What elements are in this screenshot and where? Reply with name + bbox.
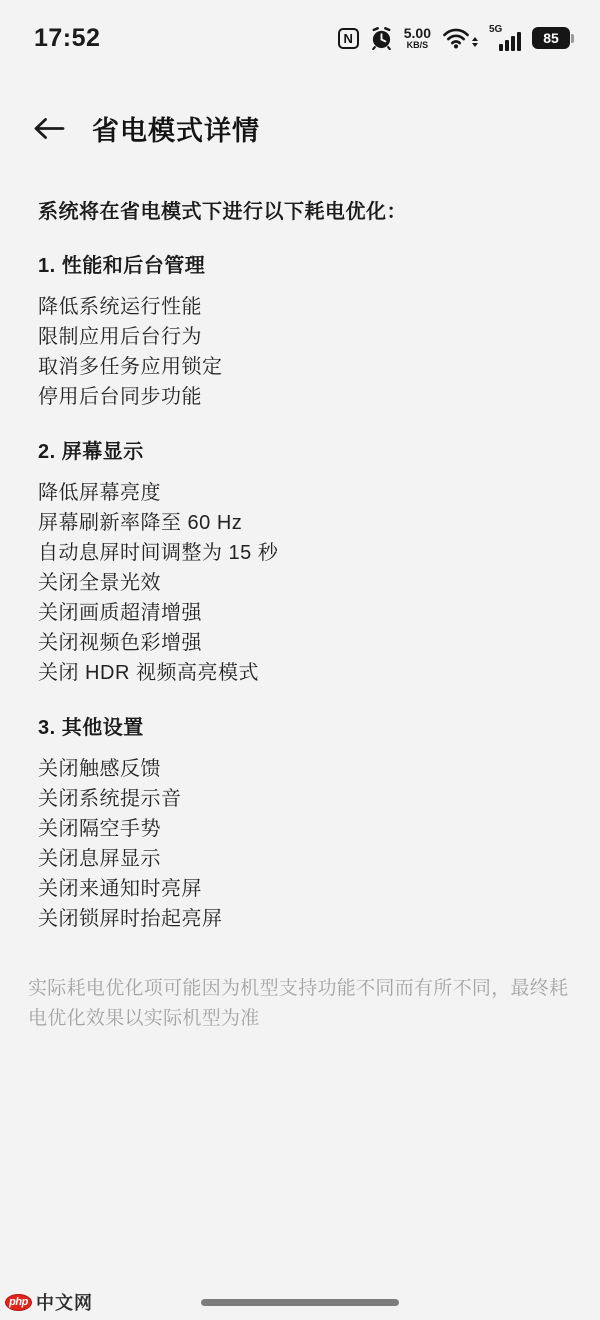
optimization-item: 关闭 HDR 视频高亮模式 — [38, 658, 570, 688]
network-speed-value: 5.00 — [404, 26, 431, 40]
battery-icon: 85 — [532, 27, 570, 49]
power-saving-details-screen: 17:52 N 5.00 KB/S — [0, 0, 600, 1320]
optimization-item: 关闭视频色彩增强 — [38, 628, 570, 658]
network-speed-unit: KB/S — [407, 41, 429, 50]
optimization-item: 关闭触感反馈 — [38, 754, 570, 784]
battery-percent: 85 — [543, 30, 559, 46]
data-traffic-arrows-icon — [472, 37, 478, 47]
app-header: 省电模式详情 — [0, 106, 600, 150]
optimization-item: 关闭来通知时亮屏 — [38, 874, 570, 904]
optimization-item: 关闭锁屏时抬起亮屏 — [38, 904, 570, 934]
optimization-item: 自动息屏时间调整为 15 秒 — [38, 538, 570, 568]
nfc-letter: N — [344, 31, 353, 46]
content-area: 系统将在省电模式下进行以下耗电优化： 1. 性能和后台管理 降低系统运行性能限制… — [0, 198, 600, 1034]
php-logo-badge: php — [5, 1294, 32, 1311]
optimization-item: 关闭系统提示音 — [38, 784, 570, 814]
section-title: 3. 其他设置 — [38, 714, 570, 742]
alarm-clock-icon — [370, 27, 393, 50]
optimization-item: 限制应用后台行为 — [38, 322, 570, 352]
optimization-item: 关闭全景光效 — [38, 568, 570, 598]
optimization-item: 关闭画质超清增强 — [38, 598, 570, 628]
optimization-item: 降低屏幕亮度 — [38, 478, 570, 508]
status-icons: N 5.00 KB/S — [338, 26, 570, 51]
optimization-item: 关闭隔空手势 — [38, 814, 570, 844]
status-bar: 17:52 N 5.00 KB/S — [0, 0, 600, 60]
optimization-section: 2. 屏幕显示 降低屏幕亮度屏幕刷新率降至 60 Hz自动息屏时间调整为 15 … — [38, 438, 570, 688]
optimization-item: 屏幕刷新率降至 60 Hz — [38, 508, 570, 538]
section-title: 2. 屏幕显示 — [38, 438, 570, 466]
optimization-item: 停用后台同步功能 — [38, 382, 570, 412]
optimization-item: 取消多任务应用锁定 — [38, 352, 570, 382]
page-title: 省电模式详情 — [92, 109, 260, 148]
battery-tip — [571, 34, 575, 43]
watermark: php 中文网 — [5, 1289, 93, 1315]
section-items: 降低屏幕亮度屏幕刷新率降至 60 Hz自动息屏时间调整为 15 秒关闭全景光效关… — [38, 478, 570, 688]
back-button[interactable] — [30, 114, 70, 142]
status-time: 17:52 — [34, 24, 100, 53]
optimization-sections: 1. 性能和后台管理 降低系统运行性能限制应用后台行为取消多任务应用锁定停用后台… — [38, 252, 570, 934]
cellular-signal-icon: 5G — [489, 26, 521, 51]
watermark-text: 中文网 — [36, 1289, 93, 1315]
optimization-section: 3. 其他设置 关闭触感反馈关闭系统提示音关闭隔空手势关闭息屏显示关闭来通知时亮… — [38, 714, 570, 934]
disclaimer-text: 实际耗电优化项可能因为机型支持功能不同而有所不同，最终耗电优化效果以实际机型为准 — [28, 974, 584, 1034]
optimization-item: 降低系统运行性能 — [38, 292, 570, 322]
back-arrow-icon — [30, 115, 67, 142]
section-items: 降低系统运行性能限制应用后台行为取消多任务应用锁定停用后台同步功能 — [38, 292, 570, 412]
section-title: 1. 性能和后台管理 — [38, 252, 570, 280]
optimization-section: 1. 性能和后台管理 降低系统运行性能限制应用后台行为取消多任务应用锁定停用后台… — [38, 252, 570, 412]
section-items: 关闭触感反馈关闭系统提示音关闭隔空手势关闭息屏显示关闭来通知时亮屏关闭锁屏时抬起… — [38, 754, 570, 934]
wifi-icon — [442, 27, 478, 49]
nfc-icon: N — [338, 28, 359, 49]
optimization-item: 关闭息屏显示 — [38, 844, 570, 874]
signal-bars — [499, 32, 521, 51]
home-indicator[interactable] — [201, 1299, 399, 1306]
network-speed: 5.00 KB/S — [404, 26, 431, 50]
intro-text: 系统将在省电模式下进行以下耗电优化： — [38, 198, 570, 226]
